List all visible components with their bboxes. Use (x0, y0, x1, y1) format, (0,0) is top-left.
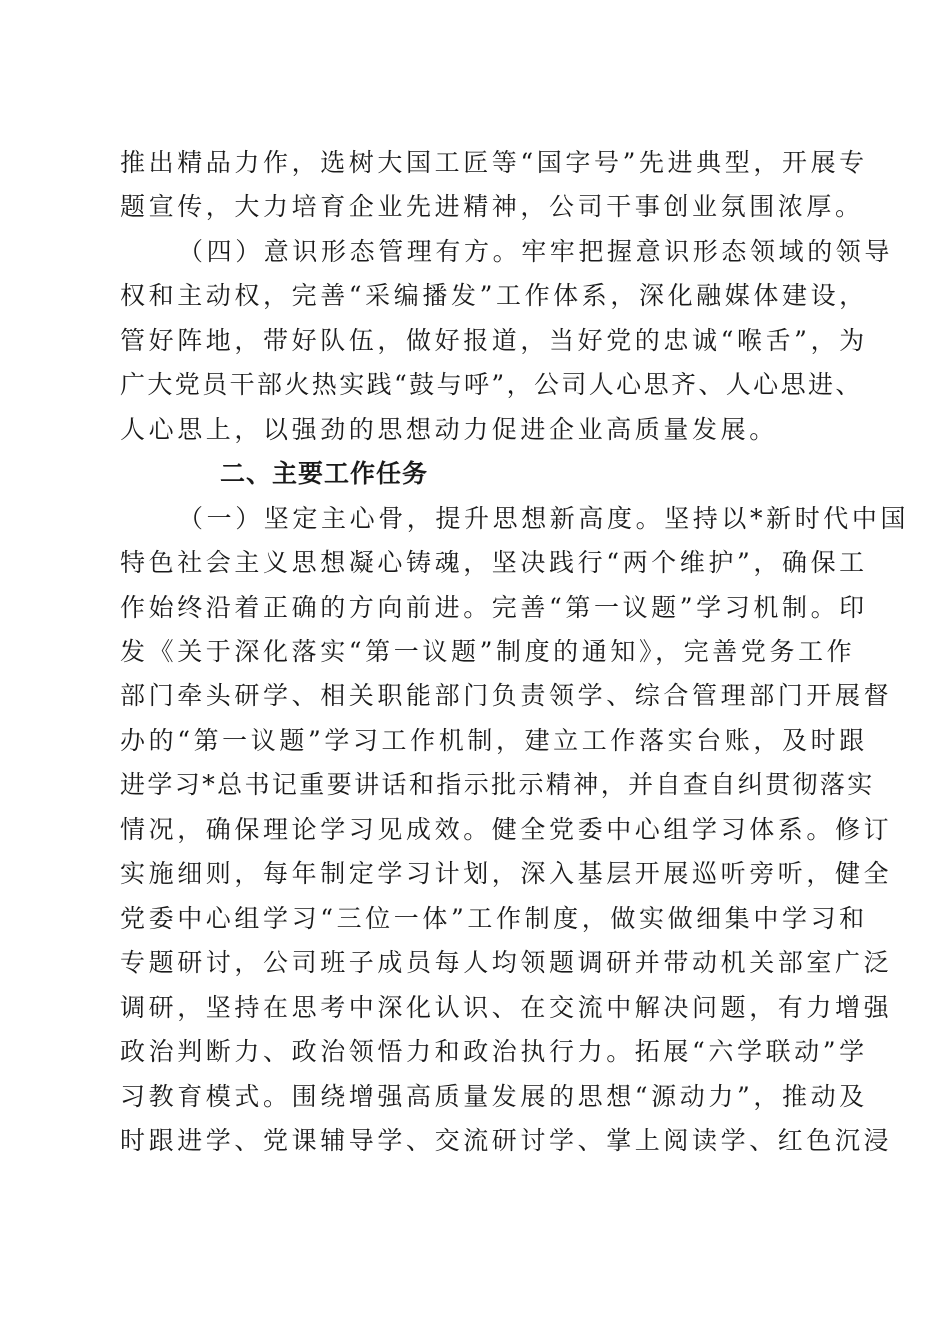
text-line: 推出精品力作，选树大国工匠等“国字号”先进典型，开展专 (120, 141, 822, 185)
text-line: 专题研讨，公司班子成员每人均领题调研并带动机关部室广泛 (120, 941, 822, 985)
text-line: 人心思上，以强劲的思想动力促进企业高质量发展。 (120, 408, 822, 452)
text-line: 办的“第一议题”学习工作机制，建立工作落实台账，及时跟 (120, 719, 822, 763)
text-line: 时跟进学、党课辅导学、交流研讨学、掌上阅读学、红色沉浸 (120, 1119, 822, 1163)
text-line: 调研，坚持在思考中深化认识、在交流中解决问题，有力增强 (120, 986, 822, 1030)
text-line: 习教育模式。围绕增强高质量发展的思想“源动力”，推动及 (120, 1075, 822, 1119)
document-body: 推出精品力作，选树大国工匠等“国字号”先进典型，开展专 题宣传，大力培育企业先进… (120, 141, 822, 1163)
text-line: 特色社会主义思想凝心铸魂，坚决践行“两个维护”，确保工 (120, 541, 822, 585)
text-line: 党委中心组学习“三位一体”工作制度，做实做细集中学习和 (120, 897, 822, 941)
paragraph-main-tasks-1: （一）坚定主心骨，提升思想新高度。坚持以*新时代中国 特色社会主义思想凝心铸魂，… (120, 497, 822, 1164)
paragraph-ideology-management: （四）意识形态管理有方。牢牢把握意识形态领域的领导 权和主动权，完善“采编播发”… (120, 230, 822, 452)
text-line: 管好阵地，带好队伍，做好报道，当好党的忠诚“喉舌”，为 (120, 319, 822, 363)
text-line: 作始终沿着正确的方向前进。完善“第一议题”学习机制。印 (120, 586, 822, 630)
text-line: （四）意识形态管理有方。牢牢把握意识形态领域的领导 (120, 230, 822, 274)
text-line: 政治判断力、政治领悟力和政治执行力。拓展“六学联动”学 (120, 1030, 822, 1074)
text-line: （一）坚定主心骨，提升思想新高度。坚持以*新时代中国 (120, 497, 822, 541)
text-line: 题宣传，大力培育企业先进精神，公司干事创业氛围浓厚。 (120, 185, 822, 229)
text-line: 权和主动权，完善“采编播发”工作体系，深化融媒体建设， (120, 274, 822, 318)
section-heading: 二、主要工作任务 (120, 452, 822, 496)
text-line: 进学习*总书记重要讲话和指示批示精神，并自查自纠贯彻落实 (120, 763, 822, 807)
text-line: 实施细则，每年制定学习计划，深入基层开展巡听旁听，健全 (120, 852, 822, 896)
text-line: 广大党员干部火热实践“鼓与呼”，公司人心思齐、人心思进、 (120, 363, 822, 407)
text-line: 情况，确保理论学习见成效。健全党委中心组学习体系。修订 (120, 808, 822, 852)
heading-text: 二、主要工作任务 (120, 452, 822, 496)
text-line: 部门牵头研学、相关职能部门负责领学、综合管理部门开展督 (120, 674, 822, 718)
paragraph-continuation: 推出精品力作，选树大国工匠等“国字号”先进典型，开展专 题宣传，大力培育企业先进… (120, 141, 822, 230)
document-page: 推出精品力作，选树大国工匠等“国字号”先进典型，开展专 题宣传，大力培育企业先进… (0, 0, 950, 1344)
text-line: 发《关于深化落实“第一议题”制度的通知》，完善党务工作 (120, 630, 822, 674)
